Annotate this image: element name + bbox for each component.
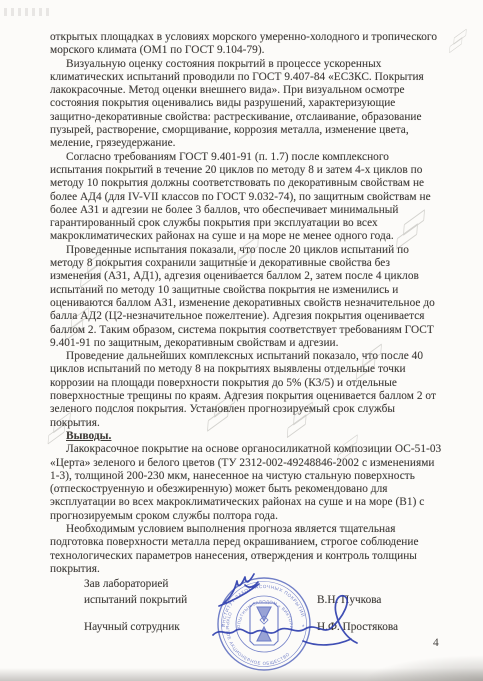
signature-prostyakova-ink xyxy=(213,596,357,645)
stamp-ring-text: ОПЫТНЫМ ЗАВОДОМ « ВИКТОРИЯ » xyxy=(0,0,294,629)
stamp-seal: ИНСТИТУТ ЛАКОКРАСОЧНЫХ ПОКРЫТИЙ ОТКРЫТОЕ… xyxy=(0,0,483,681)
stamp-emblem-icon xyxy=(250,603,278,645)
scan-shadow-corner xyxy=(363,655,483,681)
scanned-document-page: открытых площадках в условиях морского у… xyxy=(0,0,483,681)
